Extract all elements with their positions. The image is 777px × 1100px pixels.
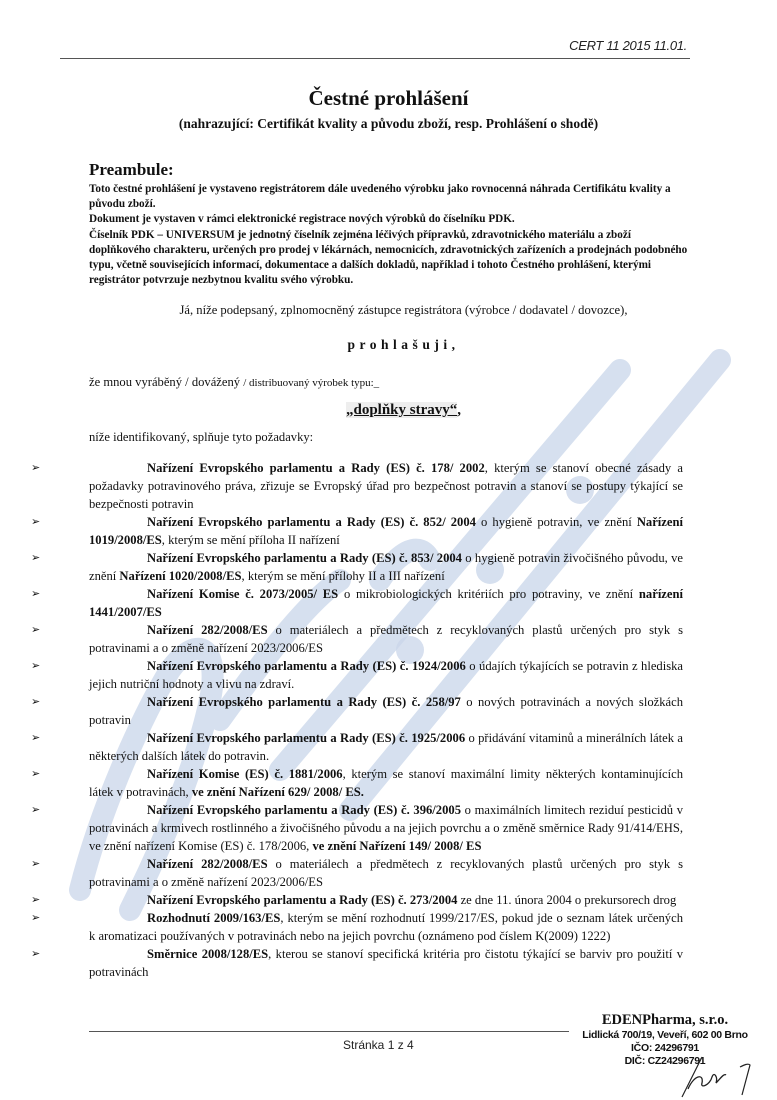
- header-rule: [60, 58, 690, 59]
- requirement-item: ➢Nařízení Evropského parlamentu a Rady (…: [89, 729, 683, 765]
- arrowhead-bullet-icon: ➢: [31, 513, 51, 531]
- arrowhead-bullet-icon: ➢: [31, 945, 51, 963]
- regulation-description: o hygieně potravin, ve znění: [476, 515, 637, 529]
- requirement-item: ➢Nařízení Komise (ES) č. 1881/2006, kter…: [89, 765, 683, 801]
- arrowhead-bullet-icon: ➢: [31, 891, 51, 909]
- requirement-item: ➢Nařízení 282/2008/ES o materiálech a př…: [89, 855, 683, 891]
- regulation-title: Nařízení Evropského parlamentu a Rady (E…: [147, 803, 461, 817]
- regulation-title: Směrnice 2008/128/ES: [147, 947, 268, 961]
- regulation-description: ze dne 11. února 2004 o prekursorech dro…: [457, 893, 676, 907]
- stamp-ico: IČO: 24296791: [565, 1042, 765, 1055]
- regulation-amendment: Nařízení 1020/2008/ES: [119, 569, 241, 583]
- regulation-title: Nařízení Evropského parlamentu a Rady (E…: [147, 893, 457, 907]
- arrowhead-bullet-icon: ➢: [31, 729, 51, 747]
- requirement-item: ➢Nařízení Evropského parlamentu a Rady (…: [89, 513, 683, 549]
- preamble-paragraph: Číselník PDK – UNIVERSUM je jednotný čís…: [89, 228, 689, 289]
- regulation-title: Nařízení Evropského parlamentu a Rady (E…: [147, 515, 476, 529]
- signature-icon: [680, 1055, 760, 1100]
- stamp-company: EDENPharma, s.r.o.: [565, 1012, 765, 1029]
- requirement-item: ➢Rozhodnutí 2009/163/ES, kterým se mění …: [89, 909, 683, 945]
- product-line-main: že mnou vyráběný / dovážený: [89, 375, 243, 389]
- declaration-word: prohlašuji,: [0, 337, 777, 353]
- regulation-title: Nařízení Evropského parlamentu a Rady (E…: [147, 461, 485, 475]
- preamble-text: Toto čestné prohlášení je vystaveno regi…: [89, 182, 689, 288]
- stamp-address: Lidlická 700/19, Veveří, 602 00 Brno: [565, 1029, 765, 1042]
- requirement-item: ➢Nařízení Evropského parlamentu a Rady (…: [89, 801, 683, 855]
- regulation-amendment-text: , kterým se mění příloha II nařízení: [162, 533, 340, 547]
- regulation-title: Nařízení Evropského parlamentu a Rady (E…: [147, 659, 466, 673]
- requirement-item: ➢Nařízení Komise č. 2073/2005/ ES o mikr…: [89, 585, 683, 621]
- arrowhead-bullet-icon: ➢: [31, 549, 51, 567]
- regulation-title: Nařízení 282/2008/ES: [147, 857, 268, 871]
- arrowhead-bullet-icon: ➢: [31, 459, 51, 477]
- requirement-item: ➢Nařízení Evropského parlamentu a Rady (…: [89, 657, 683, 693]
- arrowhead-bullet-icon: ➢: [31, 801, 51, 819]
- document-title: Čestné prohlášení: [0, 86, 777, 111]
- arrowhead-bullet-icon: ➢: [31, 657, 51, 675]
- document-subtitle: (nahrazující: Certifikát kvality a původ…: [0, 116, 777, 132]
- arrowhead-bullet-icon: ➢: [31, 621, 51, 639]
- preamble-paragraph: Dokument je vystaven v rámci elektronick…: [89, 212, 689, 227]
- regulation-description: o mikrobiologických kritériích pro potra…: [338, 587, 639, 601]
- product-type-value: „doplňky stravy“: [346, 402, 457, 418]
- certificate-reference: CERT 11 2015 11.01.: [569, 38, 687, 53]
- requirement-item: ➢Nařízení Evropského parlamentu a Rady (…: [89, 549, 683, 585]
- product-line-small: / distribuovaný výrobek typu:_: [243, 377, 379, 389]
- requirement-item: ➢Nařízení 282/2008/ES o materiálech a př…: [89, 621, 683, 657]
- regulation-title: Nařízení Evropského parlamentu a Rady (E…: [147, 731, 465, 745]
- declarant-statement: Já, níže podepsaný, zplnomocněný zástupc…: [0, 303, 777, 318]
- regulation-title: Nařízení Evropského parlamentu a Rady (E…: [147, 551, 462, 565]
- preamble-paragraph: Toto čestné prohlášení je vystaveno regi…: [89, 182, 689, 212]
- arrowhead-bullet-icon: ➢: [31, 693, 51, 711]
- product-line: že mnou vyráběný / dovážený / distribuov…: [89, 375, 379, 390]
- requirement-item: ➢Směrnice 2008/128/ES, kterou se stanoví…: [89, 945, 683, 981]
- regulation-title: Nařízení Komise (ES) č. 1881/2006: [147, 767, 343, 781]
- requirements-intro: níže identifikovaný, splňuje tyto požada…: [89, 430, 313, 445]
- regulation-title: Nařízení Komise č. 2073/2005/ ES: [147, 587, 338, 601]
- arrowhead-bullet-icon: ➢: [31, 909, 51, 927]
- regulation-title: Rozhodnutí 2009/163/ES: [147, 911, 280, 925]
- regulation-amendment: ve znění Nařízení 149/ 2008/ ES: [312, 839, 481, 853]
- arrowhead-bullet-icon: ➢: [31, 855, 51, 873]
- arrowhead-bullet-icon: ➢: [31, 585, 51, 603]
- regulation-amendment-text: , kterým se mění přílohy II a III naříze…: [242, 569, 445, 583]
- product-type-suffix: ,: [457, 402, 461, 418]
- product-type: „doplňky stravy“,: [0, 402, 777, 419]
- requirements-list: ➢Nařízení Evropského parlamentu a Rady (…: [89, 459, 683, 981]
- arrowhead-bullet-icon: ➢: [31, 765, 51, 783]
- requirement-item: ➢Nařízení Evropského parlamentu a Rady (…: [89, 891, 683, 909]
- regulation-title: Nařízení 282/2008/ES: [147, 623, 268, 637]
- regulation-amendment: ve znění Nařízení 629/ 2008/ ES.: [192, 785, 364, 799]
- requirement-item: ➢Nařízení Evropského parlamentu a Rady (…: [89, 693, 683, 729]
- preamble-heading: Preambule:: [89, 160, 174, 180]
- footer-rule: [89, 1031, 569, 1032]
- regulation-title: Nařízení Evropského parlamentu a Rady (E…: [147, 695, 461, 709]
- page-number: Stránka 1 z 4: [343, 1038, 414, 1052]
- requirement-item: ➢Nařízení Evropského parlamentu a Rady (…: [89, 459, 683, 513]
